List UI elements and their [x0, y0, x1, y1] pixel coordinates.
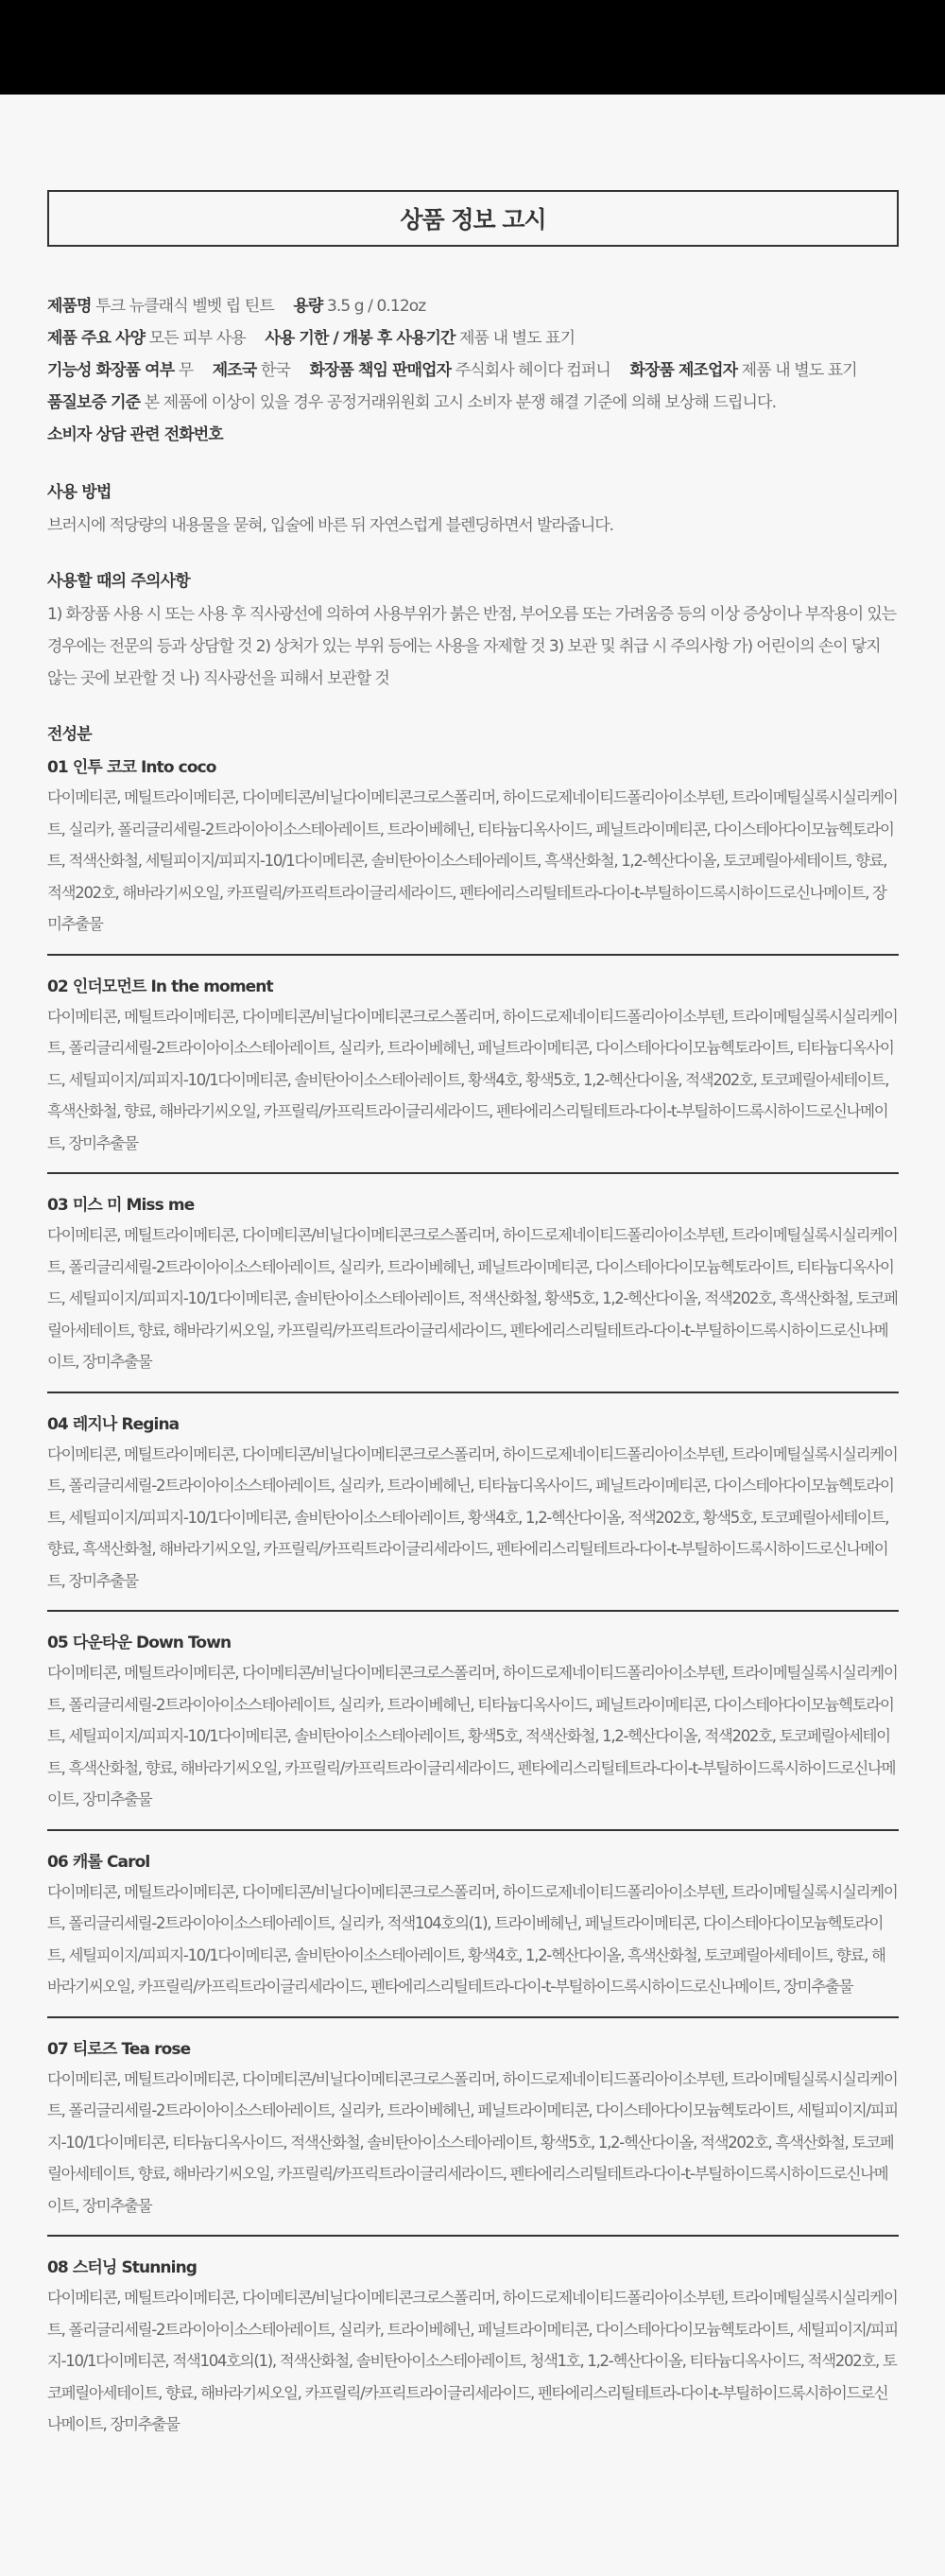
functional-label: 기능성 화장품 여부 — [47, 361, 174, 380]
ingredients-title: 전성분 — [47, 721, 899, 748]
product-ingredients: 다이메티콘, 메틸트라이메티콘, 다이메티콘/비닐다이메티콘크로스폴리머, 하이… — [47, 1219, 899, 1378]
expiry-value: 제품 내 별도 표기 — [459, 329, 575, 348]
origin-value: 한국 — [261, 361, 290, 380]
cautions-section: 사용할 때의 주의사항 1) 화장품 사용 시 또는 사용 후 직사광선에 의하… — [47, 568, 899, 695]
usage-body: 브러시에 적당량의 내용물을 묻혀, 입술에 바른 뒤 자연스럽게 블렌딩하면서… — [47, 510, 899, 542]
quality-value: 본 제품에 이상이 있을 경우 공정거래위원회 고시 소비자 분쟁 해결 기준에… — [145, 393, 776, 412]
info-line-5: 소비자 상담 관련 전화번호 — [47, 419, 899, 451]
product-title: 06 캐롤 Carol — [47, 1848, 899, 1876]
origin-label: 제조국 — [213, 361, 257, 380]
product-notice: 상품 정보 고시 제품명 투크 뉴클래식 벨벳 립 틴트 용량 3.5 g / … — [47, 190, 899, 2454]
product-title: 05 다운타운 Down Town — [47, 1629, 899, 1657]
volume-value: 3.5 g / 0.12oz — [327, 297, 425, 316]
product-item: 08 스터닝 Stunning 다이메티콘, 메틸트라이메티콘, 다이메티콘/비… — [47, 2235, 899, 2454]
spec-value: 모든 피부 사용 — [149, 329, 246, 348]
quality-label: 품질보증 기준 — [47, 393, 140, 412]
product-ingredients: 다이메티콘, 메틸트라이메티콘, 다이메티콘/비닐다이메티콘크로스폴리머, 하이… — [47, 782, 899, 941]
product-ingredients: 다이메티콘, 메틸트라이메티콘, 다이메티콘/비닐다이메티콘크로스폴리머, 하이… — [47, 1439, 899, 1598]
ingredients-section: 전성분 01 인투 코코 Into coco 다이메티콘, 메틸트라이메티콘, … — [47, 721, 899, 2454]
info-line-2: 제품 주요 사양 모든 피부 사용 사용 기한 / 개봉 후 사용기간 제품 내… — [47, 322, 899, 354]
info-line-3: 기능성 화장품 여부 무 제조국 한국 화장품 책임 판매업자 주식회사 헤이다… — [47, 354, 899, 387]
product-item: 05 다운타운 Down Town 다이메티콘, 메틸트라이메티콘, 다이메티콘… — [47, 1610, 899, 1829]
usage-section: 사용 방법 브러시에 적당량의 내용물을 묻혀, 입술에 바른 뒤 자연스럽게 … — [47, 479, 899, 542]
page-title: 상품 정보 고시 — [400, 201, 545, 235]
product-ingredients: 다이메티콘, 메틸트라이메티콘, 다이메티콘/비닐다이메티콘크로스폴리머, 하이… — [47, 2064, 899, 2222]
product-title: 03 미스 미 Miss me — [47, 1191, 899, 1219]
product-item: 07 티로즈 Tea rose 다이메티콘, 메틸트라이메티콘, 다이메티콘/비… — [47, 2016, 899, 2236]
product-ingredients: 다이메티콘, 메틸트라이메티콘, 다이메티콘/비닐다이메티콘크로스폴리머, 하이… — [47, 1657, 899, 1816]
product-info: 제품명 투크 뉴클래식 벨벳 립 틴트 용량 3.5 g / 0.12oz 제품… — [47, 290, 899, 451]
product-name-value: 투크 뉴클래식 벨벳 립 틴트 — [95, 297, 274, 316]
product-title: 08 스터닝 Stunning — [47, 2254, 899, 2282]
cautions-body: 1) 화장품 사용 시 또는 사용 후 직사광선에 의하여 사용부위가 붉은 반… — [47, 598, 899, 695]
product-item: 03 미스 미 Miss me 다이메티콘, 메틸트라이메티콘, 다이메티콘/비… — [47, 1172, 899, 1392]
product-name-label: 제품명 — [47, 297, 92, 316]
functional-value: 무 — [179, 361, 194, 380]
product-title: 02 인더모먼트 In the moment — [47, 973, 899, 1001]
product-ingredients: 다이메티콘, 메틸트라이메티콘, 다이메티콘/비닐다이메티콘크로스폴리머, 하이… — [47, 1001, 899, 1160]
product-item: 01 인투 코코 Into coco 다이메티콘, 메틸트라이메티콘, 다이메티… — [47, 748, 899, 954]
product-item: 04 레지나 Regina 다이메티콘, 메틸트라이메티콘, 다이메티콘/비닐다… — [47, 1392, 899, 1611]
maker-value: 제품 내 별도 표기 — [742, 361, 857, 380]
spec-label: 제품 주요 사양 — [47, 329, 145, 348]
cautions-title: 사용할 때의 주의사항 — [47, 568, 899, 595]
product-ingredients: 다이메티콘, 메틸트라이메티콘, 다이메티콘/비닐다이메티콘크로스폴리머, 하이… — [47, 1876, 899, 2003]
seller-label: 화장품 책임 판매업자 — [309, 361, 451, 380]
product-title: 01 인투 코코 Into coco — [47, 753, 899, 782]
product-ingredients: 다이메티콘, 메틸트라이메티콘, 다이메티콘/비닐다이메티콘크로스폴리머, 하이… — [47, 2282, 899, 2441]
title-box: 상품 정보 고시 — [47, 190, 899, 247]
phone-label: 소비자 상담 관련 전화번호 — [47, 425, 223, 444]
volume-label: 용량 — [293, 297, 322, 316]
top-black-bar — [0, 0, 945, 95]
expiry-label: 사용 기한 / 개봉 후 사용기간 — [265, 329, 455, 348]
info-line-4: 품질보증 기준 본 제품에 이상이 있을 경우 공정거래위원회 고시 소비자 분… — [47, 387, 899, 419]
usage-title: 사용 방법 — [47, 479, 899, 506]
product-item: 02 인더모먼트 In the moment 다이메티콘, 메틸트라이메티콘, … — [47, 954, 899, 1173]
product-title: 07 티로즈 Tea rose — [47, 2035, 899, 2064]
seller-value: 주식회사 헤이다 컴퍼니 — [455, 361, 610, 380]
maker-label: 화장품 제조업자 — [629, 361, 737, 380]
product-item: 06 캐롤 Carol 다이메티콘, 메틸트라이메티콘, 다이메티콘/비닐다이메… — [47, 1829, 899, 2016]
info-line-1: 제품명 투크 뉴클래식 벨벳 립 틴트 용량 3.5 g / 0.12oz — [47, 290, 899, 322]
product-title: 04 레지나 Regina — [47, 1410, 899, 1439]
